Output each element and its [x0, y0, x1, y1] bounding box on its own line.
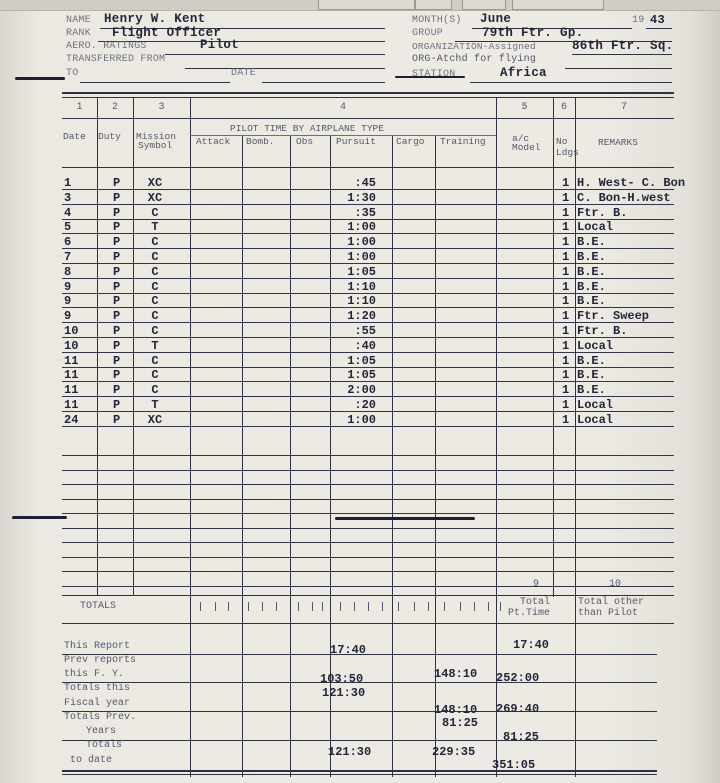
remarks-cell: Ftr. B.	[577, 206, 627, 220]
landings-cell: 1	[562, 354, 569, 368]
prev-reports-total: 252:00	[496, 671, 539, 685]
mission-cell: C	[142, 309, 168, 323]
totals-label: TOTALS	[80, 600, 116, 613]
mission-cell: T	[142, 339, 168, 353]
col-header-pilot-time: PILOT TIME BY AIRPLANE TYPE	[230, 124, 384, 134]
duty-cell: P	[113, 294, 120, 308]
station-value: Africa	[500, 66, 547, 80]
landings-cell: 1	[562, 368, 569, 382]
this-report-total: 17:40	[513, 638, 549, 652]
duty-cell: P	[113, 191, 120, 205]
remarks-cell: B.E.	[577, 294, 606, 308]
landings-cell: 1	[562, 413, 569, 427]
pursuit-time-cell: 1:10	[336, 294, 376, 308]
landings-cell: 1	[562, 383, 569, 397]
this-report-pursuit: 17:40	[330, 643, 366, 657]
date-cell: 3	[64, 191, 71, 205]
date-cell: 11	[64, 368, 78, 382]
col-num-2: 2	[97, 102, 133, 113]
col-num-3: 3	[133, 102, 190, 113]
landings-cell: 1	[562, 176, 569, 190]
pursuit-time-cell: :20	[336, 398, 376, 412]
mission-cell: C	[142, 250, 168, 264]
duty-cell: P	[113, 383, 120, 397]
year-prefix: 19	[632, 15, 644, 26]
to-date-training: 229:35	[432, 745, 475, 759]
mission-cell: C	[142, 354, 168, 368]
group-label: GROUP	[412, 28, 443, 39]
date-cell: 24	[64, 413, 78, 427]
duty-cell: P	[113, 265, 120, 279]
duty-cell: P	[113, 250, 120, 264]
col-num-6: 6	[553, 102, 575, 113]
prev-years-total: 81:25	[503, 730, 539, 744]
mission-cell: C	[142, 324, 168, 338]
totals-to-date-label-1: Totals	[86, 739, 122, 752]
pursuit-time-cell: 2:00	[336, 383, 376, 397]
date-cell: 10	[64, 339, 78, 353]
remarks-cell: B.E.	[577, 383, 606, 397]
duty-cell: P	[113, 309, 120, 323]
col-num-7: 7	[575, 102, 673, 113]
date-cell: 9	[64, 280, 71, 294]
landings-cell: 1	[562, 294, 569, 308]
aero-ratings-value: Pilot	[200, 38, 239, 52]
col-num-10: 10	[575, 579, 655, 590]
date-cell: 9	[64, 294, 71, 308]
remarks-cell: Local	[577, 220, 613, 234]
top-edge-strip	[0, 0, 720, 11]
remarks-cell: B.E.	[577, 280, 606, 294]
remarks-cell: B.E.	[577, 354, 606, 368]
duty-cell: P	[113, 368, 120, 382]
to-label: TO	[66, 68, 78, 79]
remarks-cell: B.E.	[577, 265, 606, 279]
pursuit-time-cell: :40	[336, 339, 376, 353]
pursuit-time-cell: 1:30	[336, 191, 376, 205]
name-value: Henry W. Kent	[104, 12, 205, 26]
transferred-from-label: TRANSFERRED FROM	[66, 54, 165, 65]
year-value: 43	[650, 13, 665, 27]
pursuit-time-cell: 1:00	[336, 413, 376, 427]
pursuit-time-cell: :45	[336, 176, 376, 190]
landings-cell: 1	[562, 191, 569, 205]
duty-cell: P	[113, 235, 120, 249]
landings-cell: 1	[562, 309, 569, 323]
landings-cell: 1	[562, 339, 569, 353]
pursuit-time-cell: :55	[336, 324, 376, 338]
duty-cell: P	[113, 398, 120, 412]
col-header-no-ldgs-2: Ldgs	[556, 148, 579, 158]
col-header-training: Training	[440, 137, 486, 147]
totals-fy-label-2: Fiscal year	[64, 697, 130, 710]
col-num-4: 4	[190, 102, 496, 113]
months-label: MONTH(S)	[412, 15, 462, 26]
remarks-cell: Local	[577, 413, 613, 427]
col-header-mission-2: Symbol	[138, 141, 172, 151]
landings-cell: 1	[562, 250, 569, 264]
totals-fy-training: 148:10	[434, 703, 477, 717]
mission-cell: T	[142, 220, 168, 234]
months-value: June	[480, 12, 511, 26]
remarks-cell: B.E.	[577, 368, 606, 382]
duty-cell: P	[113, 220, 120, 234]
remarks-cell: H. West- C. Bon	[577, 176, 685, 190]
col-header-bomb: Bomb.	[246, 137, 275, 147]
col-header-no-ldgs-1: No	[556, 137, 567, 147]
col-header-ac-model-2: Model	[512, 143, 541, 153]
to-date-total: 351:05	[492, 758, 535, 772]
totals-fy-pursuit: 121:30	[322, 686, 365, 700]
mission-cell: C	[142, 280, 168, 294]
duty-cell: P	[113, 339, 120, 353]
pursuit-time-cell: 1:00	[336, 235, 376, 249]
col-header-attack: Attack	[196, 137, 230, 147]
group-value: 79th Ftr. Gp.	[482, 26, 583, 40]
totals-fy-total: 269:40	[496, 702, 539, 716]
pursuit-time-cell: 1:00	[336, 250, 376, 264]
date-cell: 11	[64, 398, 78, 412]
totals-fy-label-1: Totals this	[64, 682, 130, 695]
pursuit-time-cell: 1:05	[336, 354, 376, 368]
date-cell: 11	[64, 354, 78, 368]
prev-reports-label-1: Prev reports	[64, 654, 136, 667]
duty-cell: P	[113, 280, 120, 294]
remarks-cell: Ftr. B.	[577, 324, 627, 338]
mission-cell: XC	[142, 176, 168, 190]
to-date-pursuit: 121:30	[328, 745, 371, 759]
pursuit-time-cell: :35	[336, 206, 376, 220]
mission-cell: T	[142, 398, 168, 412]
col-num-9: 9	[496, 579, 576, 590]
org-assigned-label: ORGANIZATION-Assigned	[412, 41, 536, 52]
col-num-5: 5	[496, 102, 553, 113]
remarks-cell: B.E.	[577, 250, 606, 264]
mission-cell: C	[142, 368, 168, 382]
remarks-cell: Local	[577, 339, 613, 353]
date-cell: 6	[64, 235, 71, 249]
landings-cell: 1	[562, 206, 569, 220]
org-attached-label: ORG-Atchd for flying	[412, 54, 536, 65]
prev-reports-label-2: this F. Y.	[64, 668, 124, 681]
mission-cell: XC	[142, 191, 168, 205]
date-cell: 5	[64, 220, 71, 234]
remarks-cell: Ftr. Sweep	[577, 309, 649, 323]
totals-to-date-label-2: to date	[70, 754, 112, 767]
duty-cell: P	[113, 324, 120, 338]
mission-cell: XC	[142, 413, 168, 427]
landings-cell: 1	[562, 324, 569, 338]
duty-cell: P	[113, 354, 120, 368]
totals-prev-years-label-1: Totals Prev.	[64, 711, 136, 724]
col-header-cargo: Cargo	[396, 137, 425, 147]
name-label: NAME	[66, 15, 91, 26]
landings-cell: 1	[562, 265, 569, 279]
date-cell: 11	[64, 383, 78, 397]
date-cell: 10	[64, 324, 78, 338]
landings-cell: 1	[562, 280, 569, 294]
aero-ratings-label: AERO. RATINGS	[66, 41, 147, 52]
date-cell: 4	[64, 206, 71, 220]
col-header-date: Date	[63, 132, 86, 142]
pursuit-time-cell: 1:05	[336, 265, 376, 279]
remarks-cell: Local	[577, 398, 613, 412]
totals-prev-years-label-2: Years	[86, 725, 116, 738]
landings-cell: 1	[562, 220, 569, 234]
mission-cell: C	[142, 294, 168, 308]
mission-cell: C	[142, 265, 168, 279]
mission-cell: C	[142, 206, 168, 220]
col-header-pursuit: Pursuit	[336, 137, 376, 147]
date-cell: 9	[64, 309, 71, 323]
date-cell: 8	[64, 265, 71, 279]
this-report-label: This Report	[64, 640, 130, 653]
remarks-cell: B.E.	[577, 235, 606, 249]
col-header-remarks: REMARKS	[598, 138, 638, 148]
col-header-obs: Obs	[296, 137, 313, 147]
date-cell: 7	[64, 250, 71, 264]
col-num-1: 1	[62, 102, 97, 113]
total-pilot-label-2: Pt.Time	[508, 607, 550, 620]
landings-cell: 1	[562, 235, 569, 249]
prev-years-training: 81:25	[442, 716, 478, 730]
prev-reports-training: 148:10	[434, 667, 477, 681]
mission-cell: C	[142, 383, 168, 397]
prev-reports-pursuit: 103:50	[320, 672, 363, 686]
mission-cell: C	[142, 235, 168, 249]
duty-cell: P	[113, 176, 120, 190]
station-label: STATION	[412, 69, 455, 80]
duty-cell: P	[113, 413, 120, 427]
col-header-duty: Duty	[98, 132, 121, 142]
org-assigned-value: 86th Ftr. Sq.	[572, 39, 673, 53]
remarks-cell: C. Bon-H.west	[577, 191, 671, 205]
landings-cell: 1	[562, 398, 569, 412]
flight-record-form: NAME Henry W. Kent RANK Flight Officer A…	[0, 0, 720, 783]
total-other-label-2: than Pilot	[578, 607, 638, 620]
rank-label: RANK	[66, 28, 91, 39]
date-label: DATE	[231, 68, 256, 79]
duty-cell: P	[113, 206, 120, 220]
pursuit-time-cell: 1:05	[336, 368, 376, 382]
pursuit-time-cell: 1:10	[336, 280, 376, 294]
pursuit-time-cell: 1:00	[336, 220, 376, 234]
date-cell: 1	[64, 176, 71, 190]
pursuit-time-cell: 1:20	[336, 309, 376, 323]
